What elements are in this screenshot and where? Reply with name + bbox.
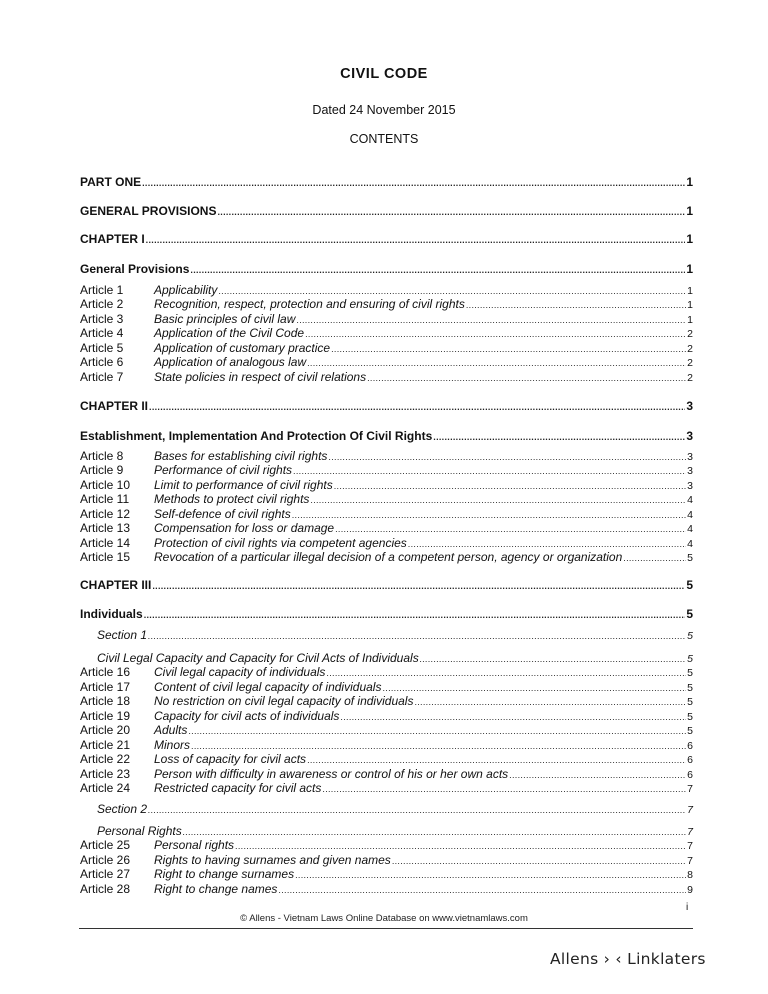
entry-title: Compensation for loss or damage <box>154 521 334 535</box>
article-number: Article 7 <box>80 370 154 384</box>
entry-title: Protection of civil rights via competent… <box>154 536 407 550</box>
article-number: Article 26 <box>80 853 154 867</box>
dot-leader <box>278 885 686 895</box>
toc-article-entry[interactable]: Article 4Application of the Civil Code2 <box>80 326 693 340</box>
dot-leader <box>293 466 686 476</box>
entry-title: Right to change surnames <box>154 867 294 881</box>
entry-page-number: 6 <box>687 769 693 781</box>
entry-page-number: 4 <box>687 538 693 550</box>
entry-title: CHAPTER II <box>80 399 148 413</box>
entry-title: Recognition, respect, protection and ens… <box>154 297 465 311</box>
toc-article-entry[interactable]: Article 27Right to change surnames8 <box>80 867 693 881</box>
dot-leader <box>310 495 686 505</box>
entry-page-number: 6 <box>687 754 693 766</box>
entry-title: Individuals <box>80 607 143 621</box>
entry-title: Right to change names <box>154 882 277 896</box>
entry-title: Civil legal capacity of individuals <box>154 665 325 679</box>
dot-leader <box>408 539 686 549</box>
dot-leader <box>392 856 686 866</box>
entry-page-number: 2 <box>687 372 693 384</box>
entry-title: Self-defence of civil rights <box>154 507 291 521</box>
footer-divider <box>79 928 693 929</box>
dot-leader <box>191 741 686 751</box>
toc-section-entry[interactable]: Section 15 <box>80 628 693 642</box>
entry-page-number: 5 <box>687 725 693 737</box>
document-date: Dated 24 November 2015 <box>0 103 768 117</box>
toc-heading-entry[interactable]: CHAPTER I1 <box>80 232 693 246</box>
entry-title: General Provisions <box>80 262 189 276</box>
entry-page-number: 1 <box>687 299 693 311</box>
toc-heading-entry[interactable]: CHAPTER II3 <box>80 399 693 413</box>
dot-leader <box>382 683 686 693</box>
entry-page-number: 5 <box>686 607 693 621</box>
toc-heading-entry[interactable]: GENERAL PROVISIONS1 <box>80 204 693 218</box>
entry-title: Capacity for civil acts of individuals <box>154 709 339 723</box>
entry-page-number: 3 <box>686 429 693 443</box>
entry-page-number: 3 <box>687 480 693 492</box>
toc-heading-entry[interactable]: CHAPTER III5 <box>80 578 693 592</box>
toc-article-entry[interactable]: Article 22Loss of capacity for civil act… <box>80 752 693 766</box>
entry-page-number: 7 <box>687 840 693 852</box>
entry-title: Civil Legal Capacity and Capacity for Ci… <box>80 651 419 665</box>
toc-article-entry[interactable]: Article 12Self-defence of civil rights4 <box>80 507 693 521</box>
dot-leader <box>328 452 686 462</box>
dot-leader <box>367 373 686 383</box>
entry-page-number: 7 <box>687 804 693 816</box>
entry-page-number: 2 <box>687 357 693 369</box>
entry-title: PART ONE <box>80 175 141 189</box>
article-number: Article 10 <box>80 478 154 492</box>
entry-page-number: 2 <box>687 328 693 340</box>
article-number: Article 9 <box>80 463 154 477</box>
entry-title: Application of customary practice <box>154 341 330 355</box>
article-number: Article 18 <box>80 694 154 708</box>
entry-page-number: 1 <box>686 175 693 189</box>
dot-leader <box>152 581 685 591</box>
entry-page-number: 4 <box>687 509 693 521</box>
toc-heading-entry[interactable]: PART ONE1 <box>80 175 693 189</box>
toc-article-entry[interactable]: Article 24Restricted capacity for civil … <box>80 781 693 795</box>
toc-article-entry[interactable]: Article 16Civil legal capacity of indivi… <box>80 665 693 679</box>
entry-page-number: 4 <box>687 494 693 506</box>
contents-heading: CONTENTS <box>0 132 768 146</box>
dot-leader <box>296 315 686 325</box>
entry-title: Rights to having surnames and given name… <box>154 853 391 867</box>
entry-page-number: 7 <box>687 826 693 838</box>
dot-leader <box>183 827 686 837</box>
entry-page-number: 5 <box>687 667 693 679</box>
entry-title: State policies in respect of civil relat… <box>154 370 366 384</box>
entry-page-number: 9 <box>687 884 693 896</box>
dot-leader <box>235 841 686 851</box>
toc-article-entry[interactable]: Article 5Application of customary practi… <box>80 341 693 355</box>
entry-page-number: 3 <box>687 465 693 477</box>
entry-title: Person with difficulty in awareness or c… <box>154 767 508 781</box>
entry-page-number: 1 <box>687 314 693 326</box>
toc-section-entry[interactable]: Section 27 <box>80 802 693 816</box>
entry-page-number: 5 <box>686 578 693 592</box>
entry-page-number: 3 <box>687 451 693 463</box>
dot-leader <box>305 329 686 339</box>
entry-title: Revocation of a particular illegal decis… <box>154 550 622 564</box>
entry-title: GENERAL PROVISIONS <box>80 204 216 218</box>
dot-leader <box>149 402 685 412</box>
article-number: Article 6 <box>80 355 154 369</box>
article-number: Article 12 <box>80 507 154 521</box>
entry-page-number: 1 <box>686 232 693 246</box>
toc-heading-entry[interactable]: Establishment, Implementation And Protec… <box>80 429 693 443</box>
article-number: Article 24 <box>80 781 154 795</box>
page-number: i <box>686 902 688 913</box>
entry-title: Restricted capacity for civil acts <box>154 781 321 795</box>
dot-leader <box>142 178 685 188</box>
entry-title: Adults <box>154 723 187 737</box>
dot-leader <box>331 344 686 354</box>
entry-title: Basic principles of civil law <box>154 312 295 326</box>
entry-page-number: 2 <box>687 343 693 355</box>
article-number: Article 21 <box>80 738 154 752</box>
entry-page-number: 3 <box>686 399 693 413</box>
dot-leader <box>334 481 686 491</box>
article-number: Article 28 <box>80 882 154 896</box>
article-number: Article 15 <box>80 550 154 564</box>
entry-page-number: 5 <box>687 682 693 694</box>
toc-section-entry[interactable]: Civil Legal Capacity and Capacity for Ci… <box>80 651 693 665</box>
entry-title: Application of analogous law <box>154 355 306 369</box>
entry-title: CHAPTER III <box>80 578 151 592</box>
article-number: Article 14 <box>80 536 154 550</box>
article-number: Article 11 <box>80 492 154 506</box>
entry-title: Bases for establishing civil rights <box>154 449 327 463</box>
toc-article-entry[interactable]: Article 26Rights to having surnames and … <box>80 853 693 867</box>
entry-title: Application of the Civil Code <box>154 326 304 340</box>
toc-article-entry[interactable]: Article 7State policies in respect of ci… <box>80 370 693 384</box>
article-number: Article 2 <box>80 297 154 311</box>
entry-title: Applicability <box>154 283 217 297</box>
entry-title: Personal Rights <box>80 824 182 838</box>
entry-title: Content of civil legal capacity of indiv… <box>154 680 381 694</box>
toc-article-entry[interactable]: Article 15Revocation of a particular ill… <box>80 550 693 564</box>
dot-leader <box>326 668 686 678</box>
toc-article-entry[interactable]: Article 19Capacity for civil acts of ind… <box>80 709 693 723</box>
article-number: Article 23 <box>80 767 154 781</box>
dot-leader <box>146 235 686 245</box>
dot-leader <box>414 697 686 707</box>
document-title: CIVIL CODE <box>0 66 768 82</box>
entry-title: Limit to performance of civil rights <box>154 478 333 492</box>
toc-article-entry[interactable]: Article 21Minors6 <box>80 738 693 752</box>
toc-article-entry[interactable]: Article 17Content of civil legal capacit… <box>80 680 693 694</box>
dot-leader <box>307 358 686 368</box>
article-number: Article 27 <box>80 867 154 881</box>
dot-leader <box>420 654 686 664</box>
entry-page-number: 5 <box>687 630 693 642</box>
toc-article-entry[interactable]: Article 9Performance of civil rights3 <box>80 463 693 477</box>
entry-title: Minors <box>154 738 190 752</box>
toc-section-entry[interactable]: Personal Rights7 <box>80 824 693 838</box>
article-number: Article 8 <box>80 449 154 463</box>
toc-article-entry[interactable]: Article 3Basic principles of civil law1 <box>80 312 693 326</box>
toc-heading-entry[interactable]: Individuals5 <box>80 607 693 621</box>
dot-leader <box>509 770 686 780</box>
dot-leader <box>190 265 685 275</box>
toc-article-entry[interactable]: Article 8Bases for establishing civil ri… <box>80 449 693 463</box>
entry-title: Personal rights <box>154 838 234 852</box>
entry-page-number: 7 <box>687 855 693 867</box>
dot-leader <box>292 510 686 520</box>
dot-leader <box>322 784 686 794</box>
toc-article-entry[interactable]: Article 20Adults5 <box>80 723 693 737</box>
dot-leader <box>148 805 686 815</box>
entry-page-number: 5 <box>687 696 693 708</box>
entry-page-number: 5 <box>687 653 693 665</box>
toc-article-entry[interactable]: Article 28Right to change names9 <box>80 882 693 896</box>
toc-article-entry[interactable]: Article 6Application of analogous law2 <box>80 355 693 369</box>
dot-leader <box>188 726 686 736</box>
entry-page-number: 7 <box>687 783 693 795</box>
entry-title: Loss of capacity for civil acts <box>154 752 306 766</box>
article-number: Article 5 <box>80 341 154 355</box>
entry-page-number: 6 <box>687 740 693 752</box>
article-number: Article 16 <box>80 665 154 679</box>
entry-page-number: 5 <box>687 552 693 564</box>
dot-leader <box>307 755 686 765</box>
article-number: Article 13 <box>80 521 154 535</box>
entry-page-number: 1 <box>686 262 693 276</box>
toc-heading-entry[interactable]: General Provisions1 <box>80 262 693 276</box>
toc-article-entry[interactable]: Article 13Compensation for loss or damag… <box>80 521 693 535</box>
dot-leader <box>295 870 686 880</box>
article-number: Article 19 <box>80 709 154 723</box>
entry-page-number: 4 <box>687 523 693 535</box>
toc-article-entry[interactable]: Article 10Limit to performance of civil … <box>80 478 693 492</box>
entry-title: Section 2 <box>80 802 147 816</box>
dot-leader <box>144 610 686 620</box>
toc-article-entry[interactable]: Article 1Applicability1 <box>80 283 693 297</box>
toc-article-entry[interactable]: Article 25Personal rights7 <box>80 838 693 852</box>
entry-page-number: 1 <box>687 285 693 297</box>
dot-leader <box>623 553 686 563</box>
article-number: Article 22 <box>80 752 154 766</box>
entry-title: CHAPTER I <box>80 232 145 246</box>
entry-title: Section 1 <box>80 628 147 642</box>
entry-page-number: 5 <box>687 711 693 723</box>
dot-leader <box>148 631 686 641</box>
dot-leader <box>433 432 685 442</box>
toc-article-entry[interactable]: Article 2Recognition, respect, protectio… <box>80 297 693 311</box>
dot-leader <box>218 286 686 296</box>
entry-title: Methods to protect civil rights <box>154 492 309 506</box>
article-number: Article 20 <box>80 723 154 737</box>
toc-article-entry[interactable]: Article 11Methods to protect civil right… <box>80 492 693 506</box>
dot-leader <box>335 524 686 534</box>
toc-article-entry[interactable]: Article 23Person with difficulty in awar… <box>80 767 693 781</box>
article-number: Article 17 <box>80 680 154 694</box>
article-number: Article 1 <box>80 283 154 297</box>
footer-copyright: © Allens - Vietnam Laws Online Database … <box>0 913 768 924</box>
dot-leader <box>340 712 686 722</box>
entry-page-number: 1 <box>686 204 693 218</box>
dot-leader <box>217 207 685 217</box>
entry-page-number: 8 <box>687 869 693 881</box>
toc-article-entry[interactable]: Article 14Protection of civil rights via… <box>80 536 693 550</box>
dot-leader <box>466 300 686 310</box>
entry-title: Establishment, Implementation And Protec… <box>80 429 432 443</box>
article-number: Article 3 <box>80 312 154 326</box>
article-number: Article 4 <box>80 326 154 340</box>
toc-article-entry[interactable]: Article 18No restriction on civil legal … <box>80 694 693 708</box>
allens-linklaters-logo: Allens › ‹ Linklaters <box>550 950 706 968</box>
article-number: Article 25 <box>80 838 154 852</box>
entry-title: No restriction on civil legal capacity o… <box>154 694 413 708</box>
entry-title: Performance of civil rights <box>154 463 292 477</box>
